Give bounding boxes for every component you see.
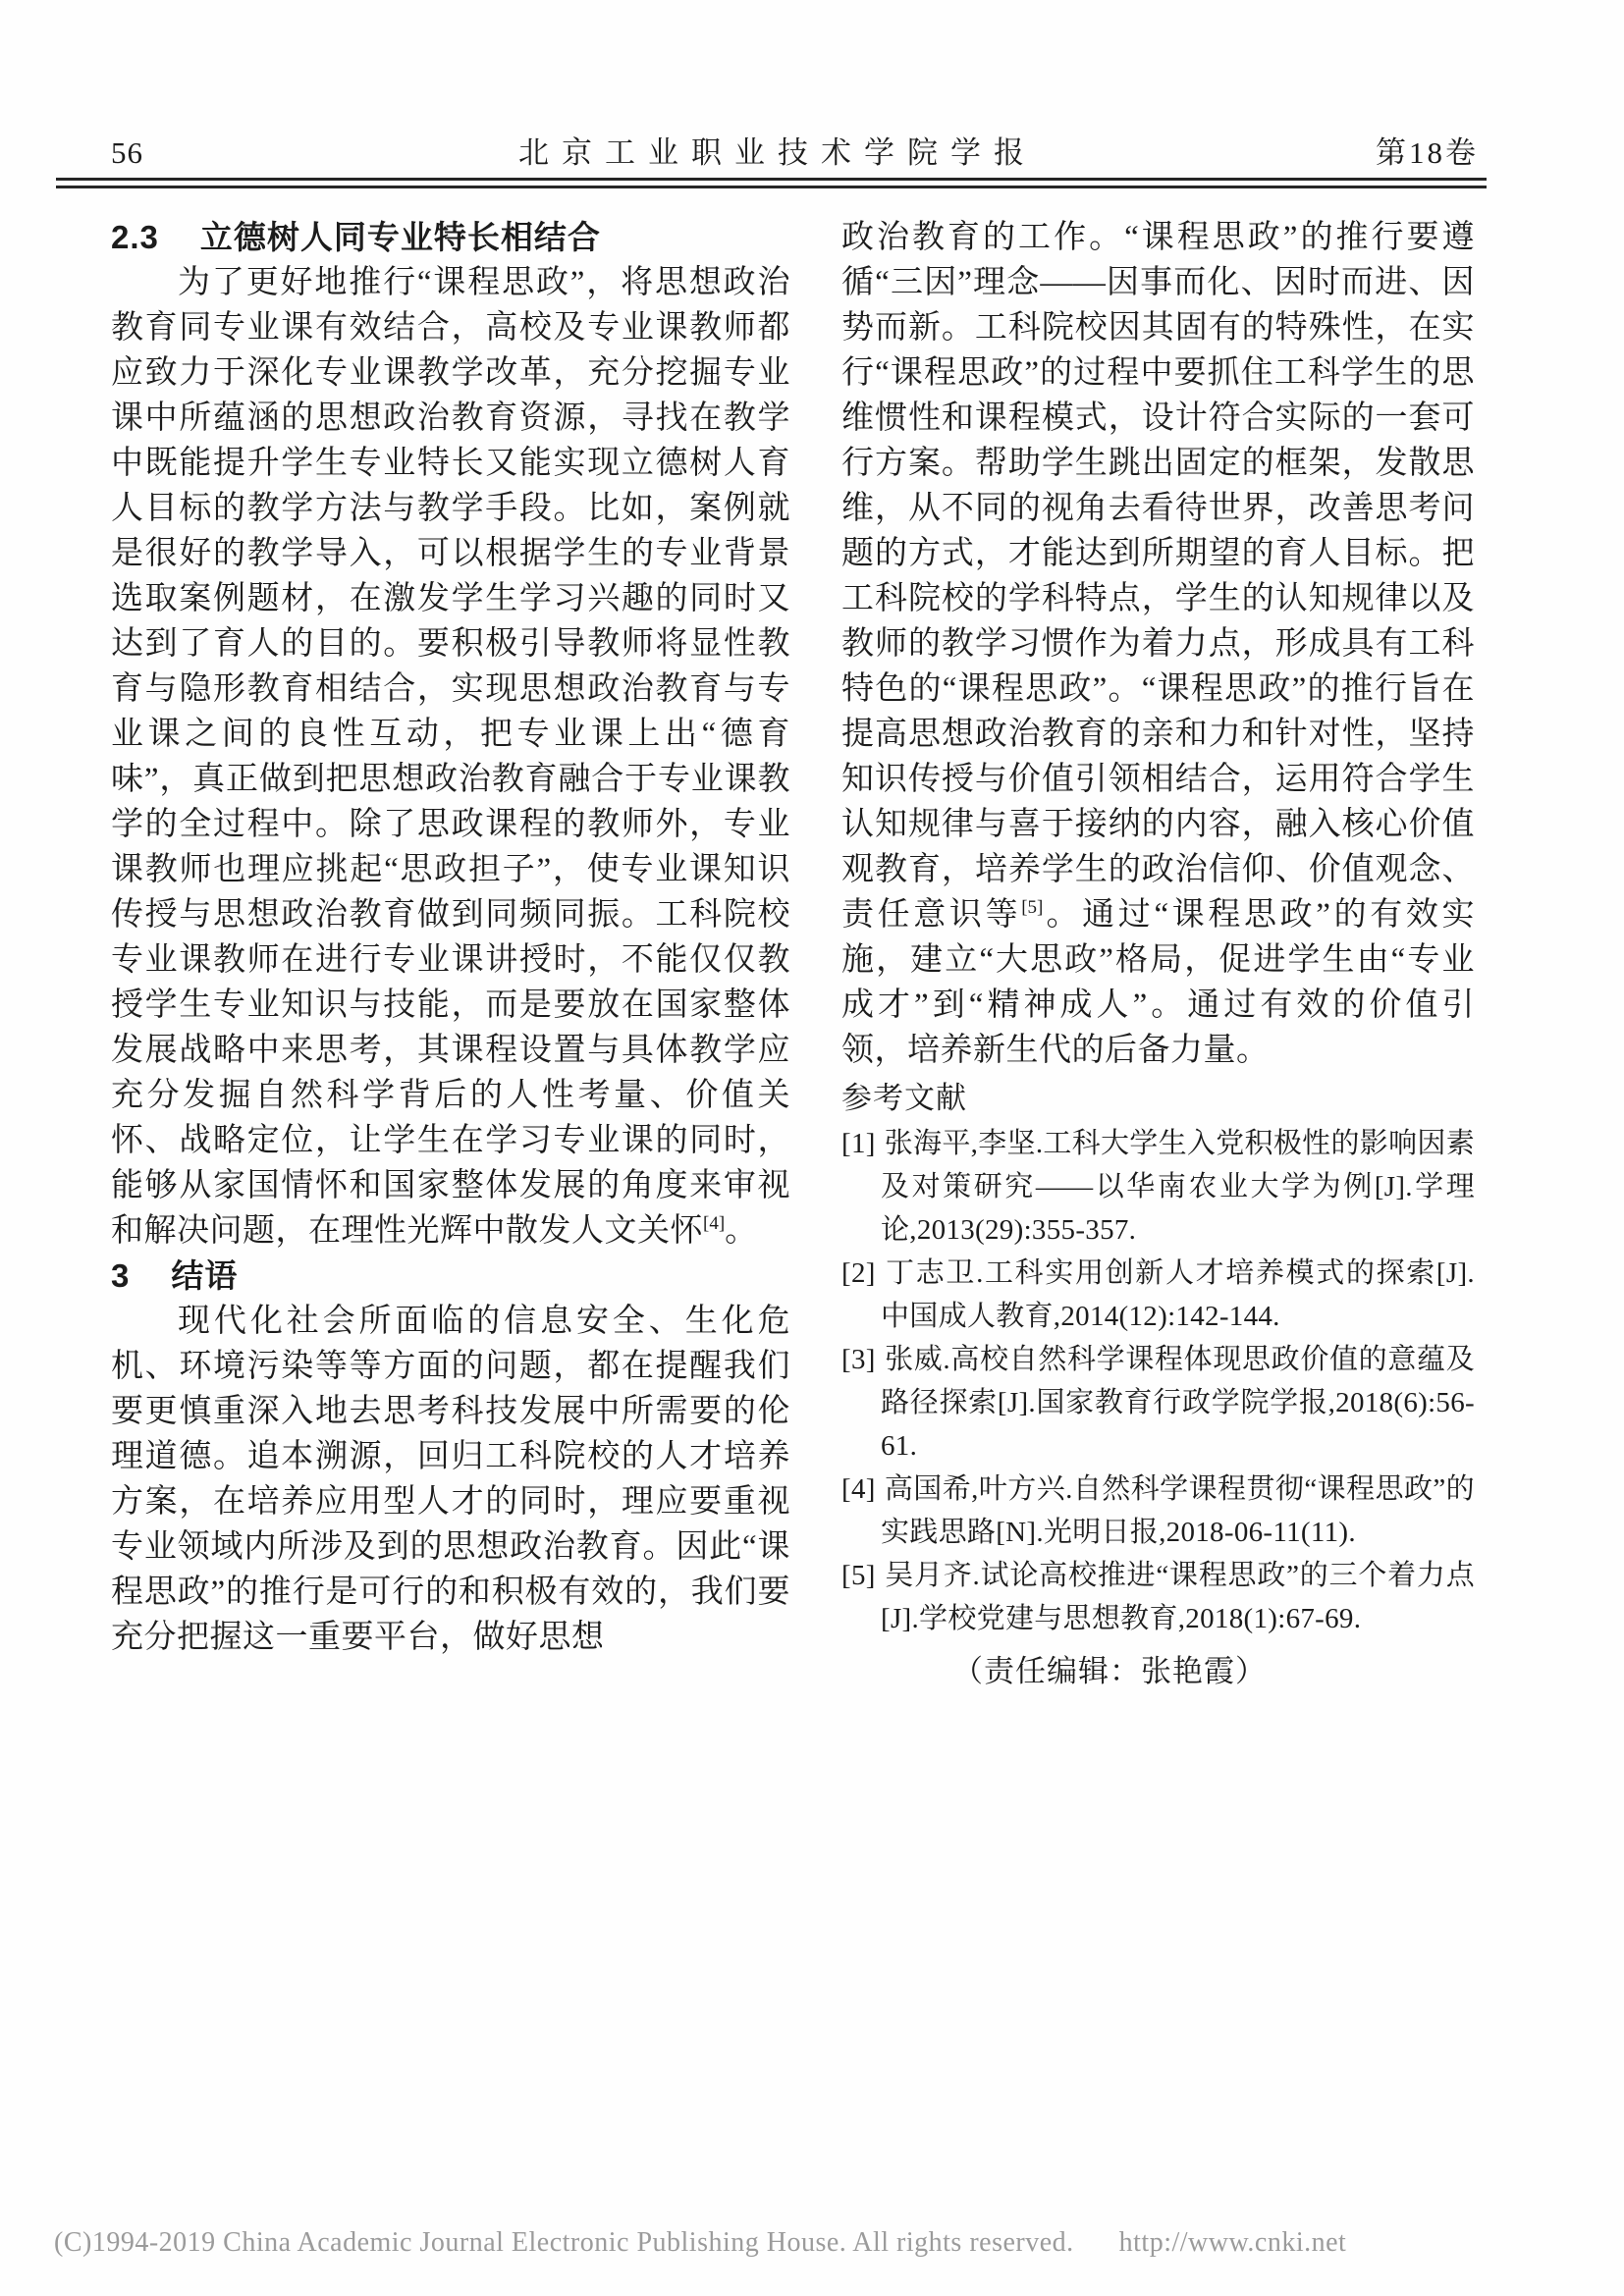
reference-text: 张海平,李坚.工科大学生入党积极性的影响因素及对策研究——以华南农业大学为例[J…	[881, 1128, 1475, 1246]
paragraph-section-3: 现代化社会所面临的信息安全、生化危机、环境污染等等方面的问题，都在提醒我们要更慎…	[111, 1299, 790, 1660]
paragraph-tail: 。	[725, 1213, 758, 1249]
reference-marker: [4]	[841, 1473, 876, 1505]
cnki-url: http://www.cnki.net	[1119, 2227, 1347, 2259]
page-header: 56 北京工业职业技术学院学报 第18卷	[111, 133, 1479, 173]
section-number: 2.3	[111, 215, 159, 260]
reference-marker: [2]	[841, 1257, 876, 1289]
page-footer: (C)1994-2019 China Academic Journal Elec…	[54, 2227, 1346, 2259]
article-body: 2.3 立德树人同专业特长相结合 为了更好地推行“课程思政”，将思想政治教育同专…	[111, 215, 1475, 1695]
reference-text: 张威.高校自然科学课程体现思政价值的意蕴及路径探索[J].国家教育行政学院学报,…	[881, 1344, 1475, 1462]
header-divider	[56, 178, 1487, 188]
copyright-text: (C)1994-2019 China Academic Journal Elec…	[54, 2227, 1074, 2259]
section-title: 立德树人同专业特长相结合	[200, 215, 601, 260]
citation-marker-4: [4]	[703, 1213, 725, 1234]
references-heading: 参考文献	[841, 1075, 1475, 1122]
right-column: 政治教育的工作。“课程思政”的推行要遵循“三因”理念——因事而化、因时而进、因势…	[841, 215, 1475, 1695]
reference-item-2: [2]丁志卫.工科实用创新人才培养模式的探索[J].中国成人教育,2014(12…	[841, 1252, 1475, 1338]
paragraph-section-2-3: 为了更好地推行“课程思政”，将思想政治教育同专业课有效结合，高校及专业课教师都应…	[111, 260, 790, 1254]
section-title: 结语	[171, 1254, 238, 1299]
paragraph-text: 政治教育的工作。“课程思政”的推行要遵循“三因”理念——因事而化、因时而进、因势…	[841, 220, 1475, 933]
reference-text: 吴月齐.试论高校推进“课程思政”的三个着力点[J].学校党建与思想教育,2018…	[881, 1560, 1475, 1634]
editor-note: （责任编辑：张艳霞）	[841, 1648, 1475, 1695]
reference-text: 丁志卫.工科实用创新人才培养模式的探索[J].中国成人教育,2014(12):1…	[881, 1257, 1475, 1332]
left-column: 2.3 立德树人同专业特长相结合 为了更好地推行“课程思政”，将思想政治教育同专…	[111, 215, 790, 1695]
journal-page: 56 北京工业职业技术学院学报 第18卷 2.3 立德树人同专业特长相结合 为了…	[0, 0, 1624, 2296]
journal-title: 北京工业职业技术学院学报	[180, 133, 1376, 173]
page-number: 56	[111, 133, 180, 173]
section-number: 3	[111, 1254, 130, 1299]
paragraph-text: 为了更好地推行“课程思政”，将思想政治教育同专业课有效结合，高校及专业课教师都应…	[111, 265, 790, 1249]
reference-marker: [3]	[841, 1344, 876, 1375]
reference-text: 高国希,叶方兴.自然科学课程贯彻“课程思政”的实践思路[N].光明日报,2018…	[881, 1473, 1475, 1548]
reference-marker: [1]	[841, 1128, 876, 1159]
reference-item-4: [4]高国希,叶方兴.自然科学课程贯彻“课程思政”的实践思路[N].光明日报,2…	[841, 1468, 1475, 1554]
reference-item-3: [3]张威.高校自然科学课程体现思政价值的意蕴及路径探索[J].国家教育行政学院…	[841, 1338, 1475, 1468]
paragraph-continuation: 政治教育的工作。“课程思政”的推行要遵循“三因”理念——因事而化、因时而进、因势…	[841, 215, 1475, 1073]
citation-marker-5: [5]	[1021, 897, 1043, 918]
volume-label: 第18卷	[1376, 133, 1479, 173]
section-heading-2-3: 2.3 立德树人同专业特长相结合	[111, 215, 790, 260]
reference-item-5: [5]吴月齐.试论高校推进“课程思政”的三个着力点[J].学校党建与思想教育,2…	[841, 1554, 1475, 1640]
reference-marker: [5]	[841, 1560, 876, 1591]
section-heading-3: 3 结语	[111, 1254, 790, 1299]
reference-item-1: [1]张海平,李坚.工科大学生入党积极性的影响因素及对策研究——以华南农业大学为…	[841, 1122, 1475, 1252]
